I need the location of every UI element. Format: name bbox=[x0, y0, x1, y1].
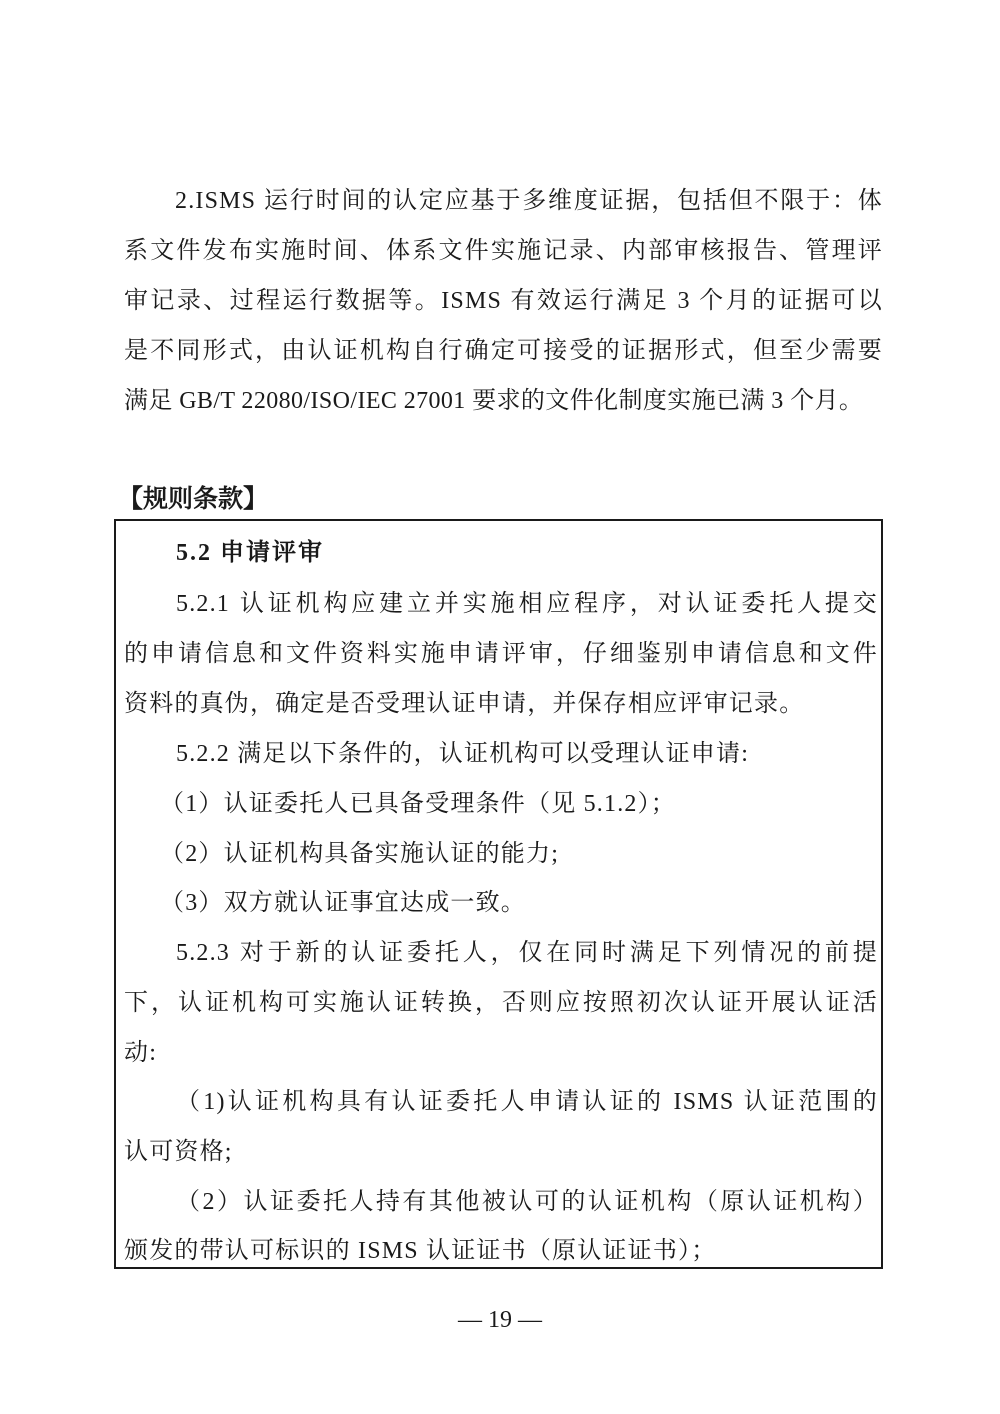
text-line: 5.2.2 满足以下条件的，认证机构可以受理认证申请: bbox=[176, 739, 749, 769]
text-line: 是不同形式，由认证机构自行确定可接受的证据形式，但至少需要 bbox=[124, 336, 883, 366]
list-item: （1)认证机构具有认证委托人申请认证的 ISMS 认证范围的 bbox=[176, 1087, 878, 1117]
text-line: 满足 GB/T 22080/ISO/IEC 27001 要求的文件化制度实施已满… bbox=[124, 386, 863, 416]
text-line: 的申请信息和文件资料实施申请评审，仔细鉴别申请信息和文件 bbox=[124, 639, 878, 669]
list-item: （1）认证委托人已具备受理条件（见 5.1.2）； bbox=[160, 789, 676, 819]
section-title: 5.2 申请评审 bbox=[176, 538, 324, 568]
list-item: （2）认证委托人持有其他被认可的认证机构（原认证机构） bbox=[176, 1187, 878, 1217]
text-line: 认可资格; bbox=[124, 1137, 233, 1167]
text-line: 资料的真伪，确定是否受理认证申请，并保存相应评审记录。 bbox=[124, 689, 804, 719]
text-line: 5.2.3 对于新的认证委托人，仅在同时满足下列情况的前提 bbox=[176, 938, 878, 968]
rules-heading: 【规则条款】 bbox=[118, 484, 268, 514]
text-line: 下，认证机构可实施认证转换，否则应按照初次认证开展认证活 bbox=[124, 988, 878, 1018]
text-line: 2.ISMS 运行时间的认定应基于多维度证据，包括但不限于：体 bbox=[175, 186, 883, 216]
text-line: 系文件发布实施时间、体系文件实施记录、内部审核报告、管理评 bbox=[124, 236, 883, 266]
text-line: 动: bbox=[124, 1038, 157, 1068]
list-item: （3）双方就认证事宜达成一致。 bbox=[160, 888, 526, 918]
text-line: 审记录、过程运行数据等。ISMS 有效运行满足 3 个月的证据可以 bbox=[124, 286, 883, 316]
text-line: 5.2.1 认证机构应建立并实施相应程序，对认证委托人提交 bbox=[176, 589, 878, 619]
list-item: （2）认证机构具备实施认证的能力; bbox=[160, 839, 559, 869]
page-number: — 19 — bbox=[0, 1305, 1000, 1335]
text-line: 颁发的带认可标识的 ISMS 认证证书（原认证证书）； bbox=[124, 1236, 716, 1266]
